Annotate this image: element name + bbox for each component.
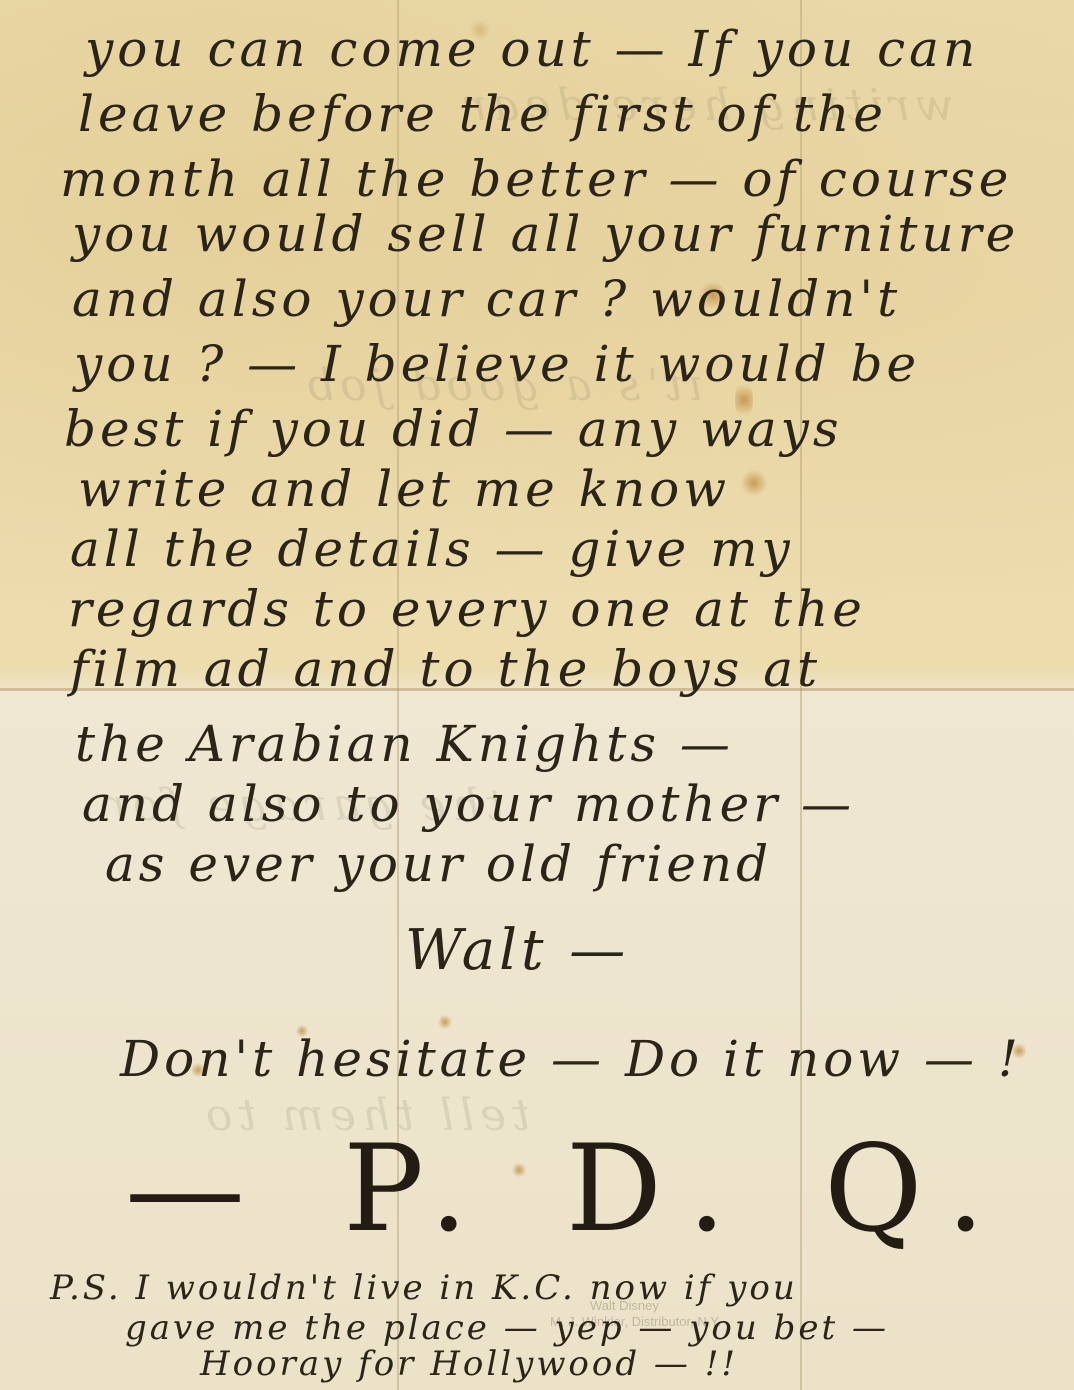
letter-line: you would sell all your furniture: [72, 205, 1019, 263]
letter-line: write and let me know: [78, 460, 730, 518]
postscript-line: Hooray for Hollywood — !!: [200, 1344, 738, 1384]
letter-line: regards to every one at the: [68, 580, 866, 638]
signature: Walt —: [405, 918, 629, 983]
pdq-emphasis: — P. D. Q. —: [125, 1120, 1074, 1259]
letter-line: all the details — give my: [70, 520, 794, 578]
letter-line: you ? — I believe it would be: [74, 335, 920, 393]
letter-line: you can come out — If you can: [85, 20, 979, 78]
foxing-stain: [740, 470, 768, 496]
letter-line: and also your car ? wouldn't: [72, 270, 901, 328]
foxing-stain: [438, 1014, 452, 1030]
letter-line: the Arabian Knights —: [75, 715, 734, 773]
letter-line: as ever your old friend: [105, 835, 772, 893]
exhortation: Don't hesitate — Do it now — !: [120, 1030, 1022, 1088]
postscript-line: P.S. I wouldn't live in K.C. now if you: [50, 1268, 798, 1308]
letter-line: best if you did — any ways: [64, 400, 843, 458]
letter-line: film ad and to the boys at: [70, 640, 821, 698]
letter-line: and also to your mother —: [82, 775, 855, 833]
letter-line: month all the better — of course: [60, 150, 1012, 208]
letter-page: writing here dear it's a good job the ga…: [0, 0, 1074, 1390]
letter-line: leave before the first of the: [78, 85, 887, 143]
postscript-line: gave me the place — yep — you bet —: [125, 1308, 889, 1348]
